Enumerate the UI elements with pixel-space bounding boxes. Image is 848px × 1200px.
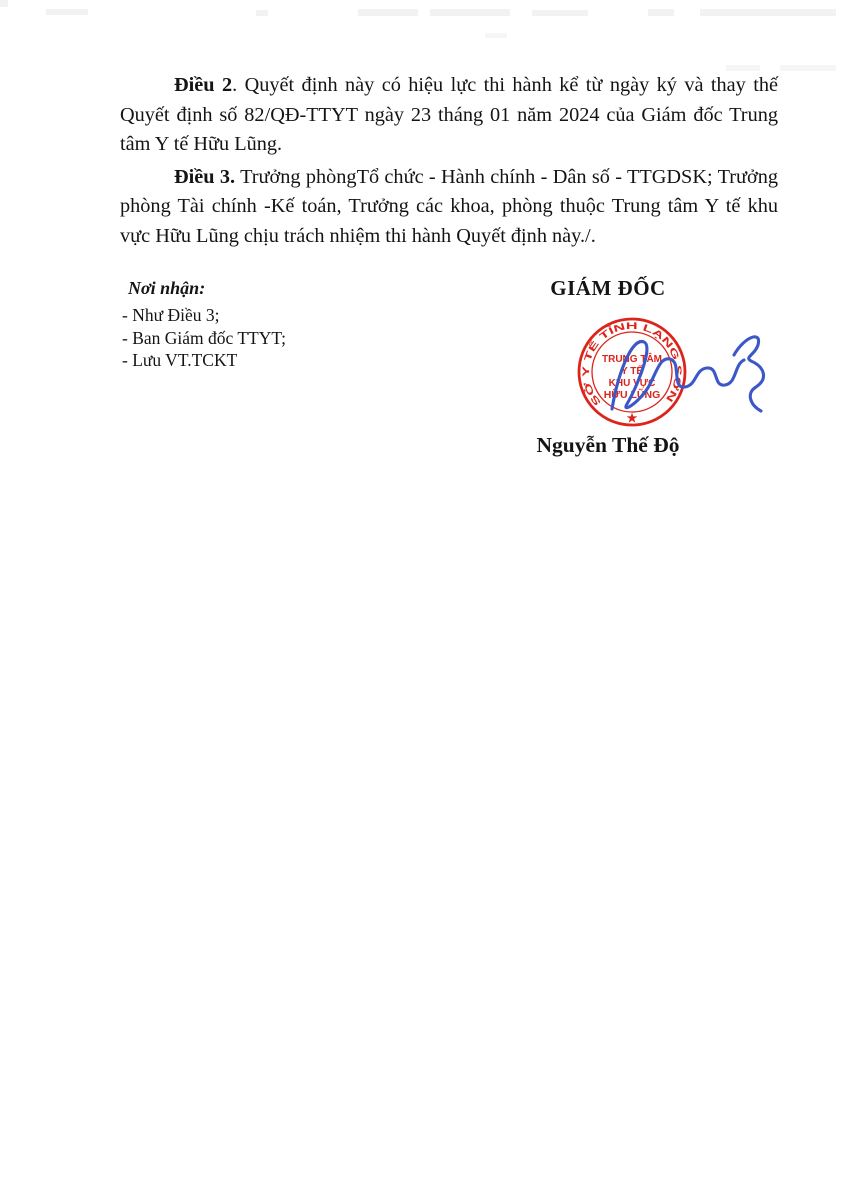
scan-artifact (485, 33, 507, 38)
director-title: GIÁM ĐỐC (480, 276, 736, 301)
recipient-item: - Ban Giám đốc TTYT; (122, 327, 422, 349)
scan-artifact (780, 65, 836, 71)
recipients-header: Nơi nhận: (122, 277, 422, 299)
signer-name: Nguyễn Thế Độ (480, 433, 736, 458)
document-body: Điều 2. Quyết định này có hiệu lực thi h… (120, 71, 778, 254)
scan-artifact (0, 0, 8, 7)
article-3-paragraph: Điều 3. Trưởng phòngTổ chức - Hành chính… (120, 163, 778, 252)
signature-main-stroke (612, 342, 744, 409)
recipients-block: Nơi nhận: - Như Điều 3; - Ban Giám đốc T… (122, 277, 422, 372)
scan-artifact (256, 10, 268, 16)
scan-artifact (700, 9, 836, 16)
handwritten-signature (598, 317, 780, 423)
scan-artifact (430, 9, 510, 16)
article-2-paragraph: Điều 2. Quyết định này có hiệu lực thi h… (120, 71, 778, 160)
signature-flourish-stroke (734, 337, 763, 411)
recipient-item: - Như Điều 3; (122, 304, 422, 326)
article-2-label: Điều 2 (174, 74, 232, 96)
scan-artifact (358, 9, 418, 16)
scan-artifact (46, 9, 88, 15)
scan-artifact (648, 9, 674, 16)
scan-artifact (532, 10, 588, 16)
scanned-document-page: Điều 2. Quyết định này có hiệu lực thi h… (0, 0, 848, 1200)
signature-ink-icon (598, 317, 780, 423)
article-3-label: Điều 3. (174, 166, 235, 188)
recipient-item: - Lưu VT.TCKT (122, 349, 422, 371)
